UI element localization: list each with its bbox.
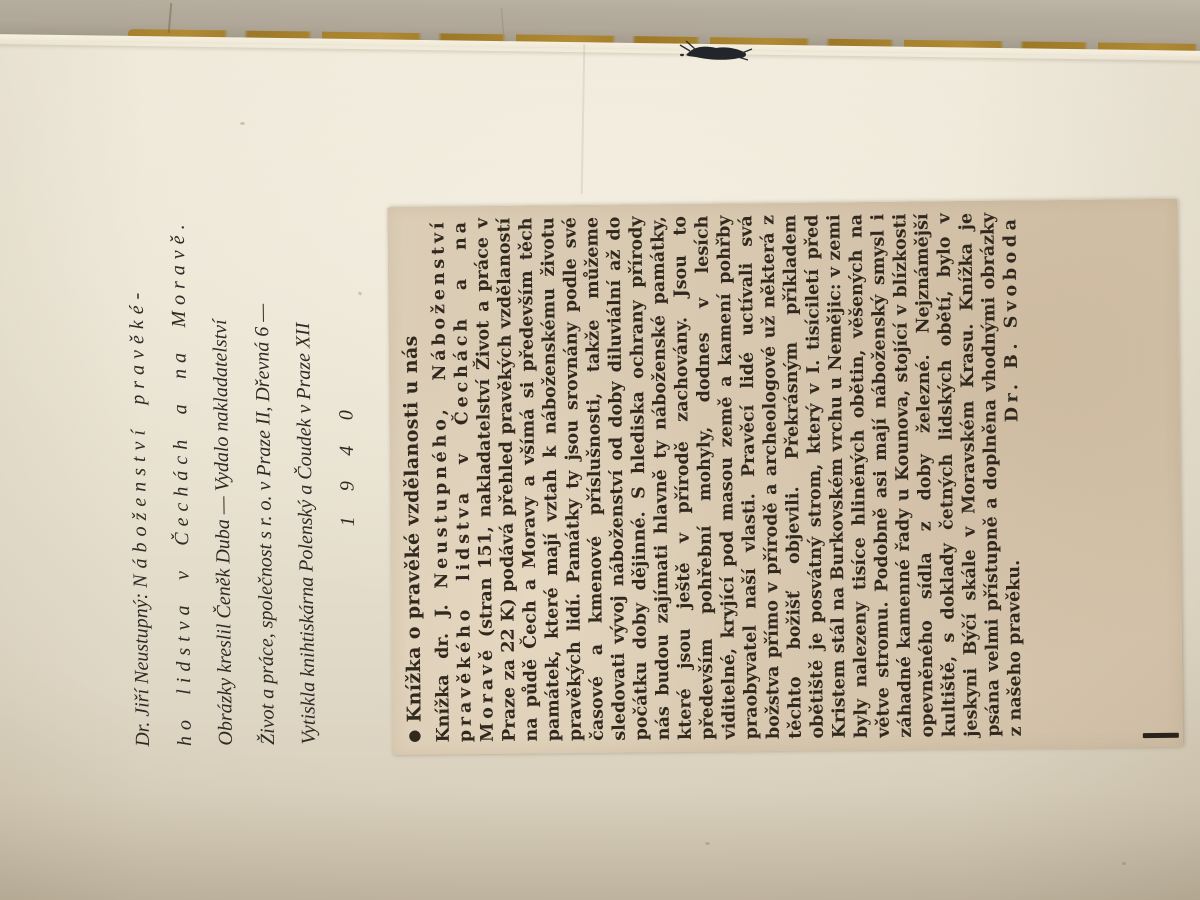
paper-speck <box>240 122 245 125</box>
text-segment: Vytiskla knihtiskárna Polenský a Čoudek … <box>292 322 320 744</box>
text-segment: Náboženství pravěké- <box>126 287 152 588</box>
paper-speck <box>1122 862 1126 865</box>
book-page-photo: Dr. Jiří Neustupný: Náboženství pravěké-… <box>0 0 1200 900</box>
text-segment: Dr. Jiří Neustupný: <box>130 588 154 747</box>
clipping-content: ●Knížka o pravěké vzdělanosti u nás Kníž… <box>387 200 1033 755</box>
newspaper-clipping: ●Knížka o pravěké vzdělanosti u nás Kníž… <box>387 199 1183 755</box>
colophon-line: 1 9 4 0 <box>323 187 372 745</box>
text-segment: 1 9 4 0 <box>335 404 359 526</box>
insect-mark <box>678 38 754 68</box>
text-segment: Knížka dr. J. <box>432 589 454 743</box>
clipping-body: Knížka dr. J. Neustupného, Náboženství p… <box>427 212 1026 742</box>
column-rule-fragment <box>1143 733 1179 738</box>
text-segment: Život a práce, společnost s r. o. v Praz… <box>250 304 278 745</box>
text-segment: ho lidstva v Čechách a na Moravě. <box>166 218 195 746</box>
colophon-text-block: Dr. Jiří Neustupný: Náboženství pravěké-… <box>115 187 373 747</box>
colophon-line: ho lidstva v Čechách a na Moravě. <box>157 189 206 747</box>
headline-text: Knížka o pravěké vzdělanosti u nás <box>400 335 426 722</box>
headline-bullet-icon: ● <box>405 729 423 743</box>
text-segment: Obrázky kreslil Čeněk Duba — Vydalo nakl… <box>209 319 237 745</box>
text-segment: (stran 151, nakladatelství Život a práce… <box>472 213 1025 742</box>
clipping-headline: ●Knížka o pravěké vzdělanosti u nás <box>396 219 427 743</box>
clipping-signature: Dr. B. Svoboda <box>999 212 1023 422</box>
paper-speck <box>705 842 710 845</box>
